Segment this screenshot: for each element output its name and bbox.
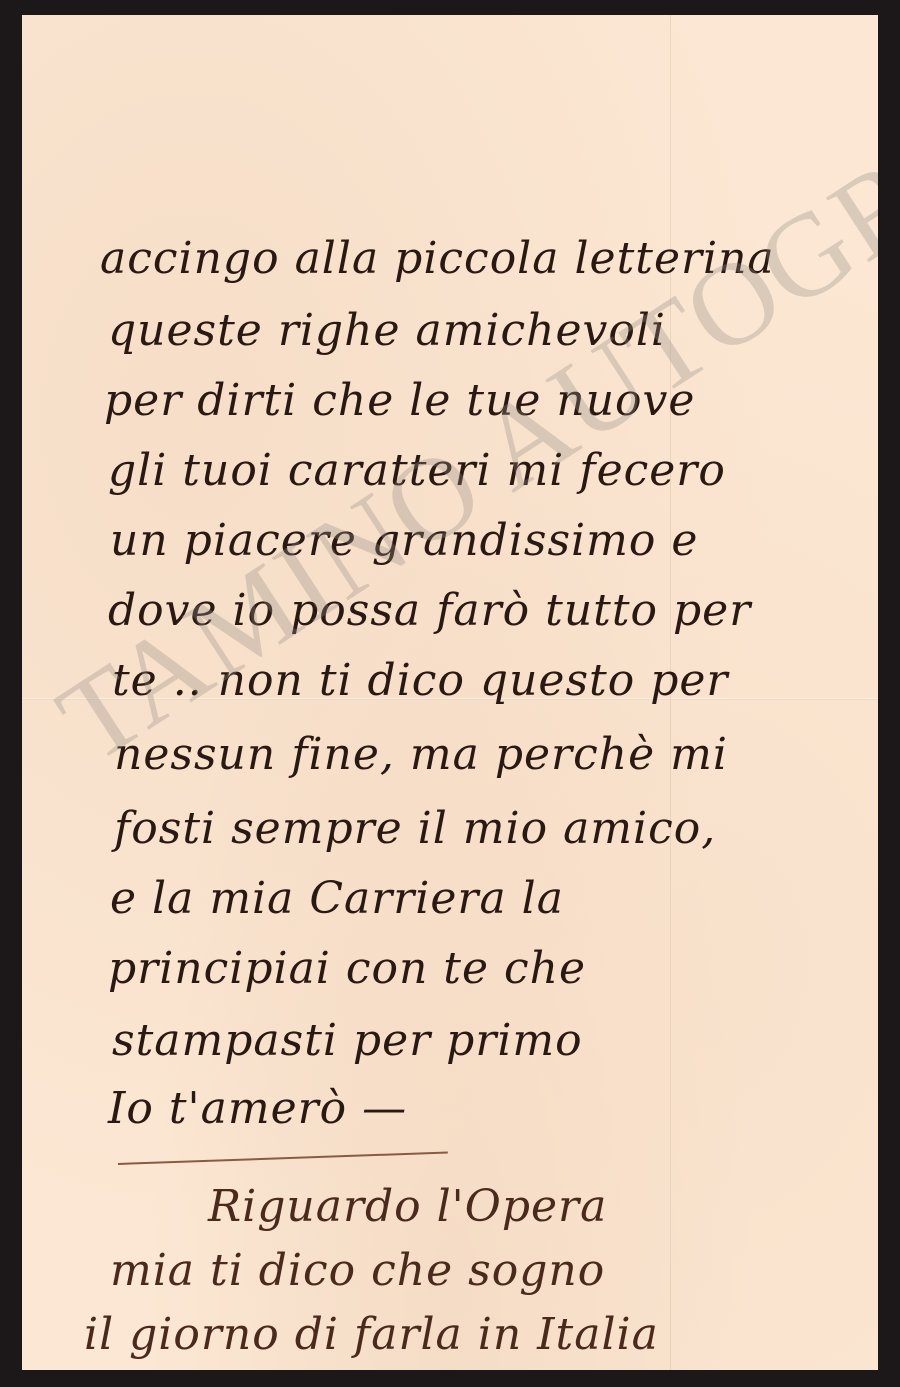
text-line: Riguardo l'Opera [208, 1181, 607, 1232]
text-line: Io t'amerò — [108, 1083, 407, 1134]
text-line: dove io possa farò tutto per [108, 585, 751, 636]
text-line: gli tuoi caratteri mi fecero [108, 445, 726, 496]
text-line: per dirti che le tue nuove [104, 375, 695, 426]
text-line: te .. non ti dico questo per [112, 655, 728, 706]
text-line: queste righe amichevoli [108, 305, 666, 356]
text-line: nessun fine, ma perchè mi [114, 729, 728, 780]
text-line: accingo alla piccola letterina [100, 233, 775, 284]
text-line: fosti sempre il mio amico, [114, 803, 716, 854]
text-line: e la mia Carriera la [110, 873, 564, 924]
letter-paper: accingo alla piccola letterina queste ri… [22, 15, 878, 1370]
handwritten-text: accingo alla piccola letterina queste ri… [22, 15, 878, 1370]
text-line: stampasti per primo [112, 1015, 583, 1066]
text-line: il giorno di farla in Italia [84, 1309, 659, 1360]
text-line: mia ti dico che sogno [110, 1245, 605, 1296]
text-line: un piacere grandissimo e [110, 515, 698, 566]
document-frame: accingo alla piccola letterina queste ri… [0, 0, 900, 1387]
divider-stroke [118, 1151, 448, 1165]
text-line: principiai con te che [108, 943, 586, 994]
